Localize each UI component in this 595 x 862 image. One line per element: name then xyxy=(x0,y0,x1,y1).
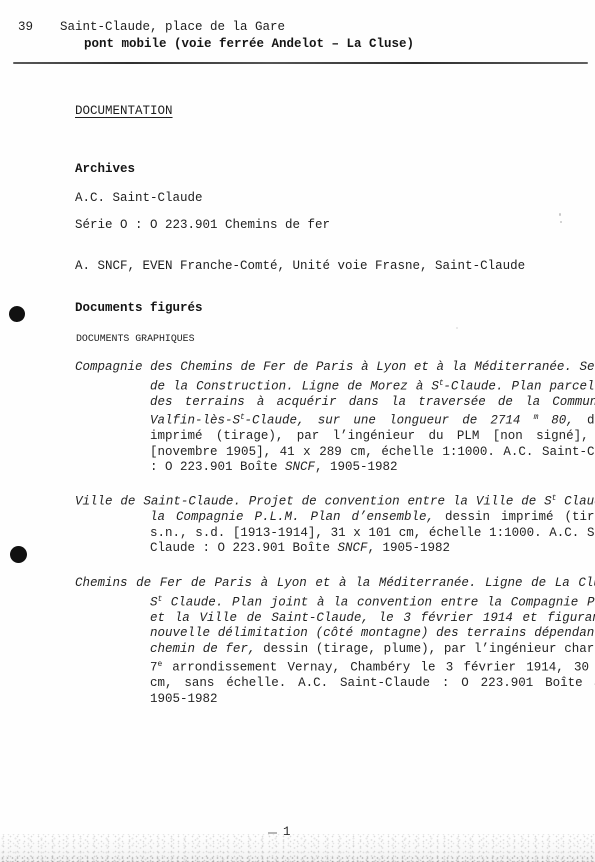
documentation-heading: DOCUMENTATION xyxy=(75,103,173,119)
scanned-document-page: 39 Saint-Claude, place de la Gare pont m… xyxy=(0,0,595,862)
header-rule xyxy=(13,62,588,64)
scan-speck xyxy=(504,438,506,440)
scan-dot-mark xyxy=(8,305,26,323)
catalog-entry-ville-convention: Ville de Saint-Claude. Projet de convent… xyxy=(75,491,595,557)
scan-speck xyxy=(560,221,562,223)
catalog-entry-plm-lacluse: Chemins de Fer de Paris à Lyon et à la M… xyxy=(75,576,595,707)
entry-segment: SNCF xyxy=(338,541,368,555)
item-number: 39 xyxy=(18,19,33,35)
archives-fonds-line: A.C. Saint-Claude xyxy=(75,190,203,206)
scan-speck xyxy=(559,213,561,216)
graphic-documents-subheading: DOCUMENTS GRAPHIQUES xyxy=(76,333,195,345)
doc-title-line1: Saint-Claude, place de la Gare xyxy=(60,19,285,35)
figured-documents-heading: Documents figurés xyxy=(75,300,203,316)
entry-segment: -Claude, sur une longueur de 2714 xyxy=(245,414,534,428)
entry-segment: SNCF xyxy=(285,460,315,474)
archives-sncf-line: A. SNCF, EVEN Franche-Comté, Unité voie … xyxy=(75,258,525,274)
entry-segment: 80, xyxy=(538,414,574,428)
archives-heading: Archives xyxy=(75,161,135,177)
doc-title-line2: pont mobile (voie ferrée Andelot – La Cl… xyxy=(84,36,414,52)
archives-series-line: Série O : O 223.901 Chemins de fer xyxy=(75,217,330,233)
entry-segment: , 1905-1982 xyxy=(315,460,398,474)
catalog-entry-plm-morez: Compagnie des Chemins de Fer de Paris à … xyxy=(75,360,595,476)
scan-noise-edge xyxy=(0,856,595,862)
entry-segment: Ville de Saint-Claude. Projet de convent… xyxy=(75,495,552,509)
scan-speck xyxy=(456,327,458,329)
scan-dot-mark xyxy=(10,546,27,563)
entry-segment: arrondissement Vernay, Chambéry le 3 fév… xyxy=(150,661,595,691)
entry-segment: , 1905-1982 xyxy=(368,541,451,555)
